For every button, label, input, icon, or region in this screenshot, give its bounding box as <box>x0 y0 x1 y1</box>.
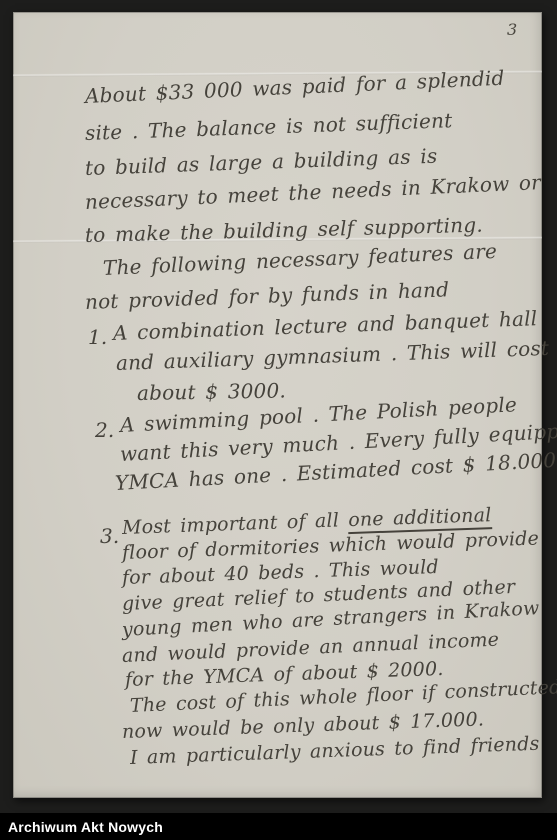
handwritten-line: not provided for by funds in hand <box>85 279 450 312</box>
archive-name: Archiwum Akt Nowych <box>0 819 163 835</box>
list-item-number: 2. <box>95 420 114 440</box>
viewer-background: 3 About $33 000 was paid for a splendid … <box>0 0 557 840</box>
list-item-number: 1. <box>88 327 107 347</box>
handwritten-line: to build as large a building as is <box>85 146 438 178</box>
list-item-number: 3. <box>100 526 119 546</box>
document-page: 3 About $33 000 was paid for a splendid … <box>13 12 542 798</box>
archive-footer-bar: Archiwum Akt Nowych <box>0 813 557 840</box>
handwritten-line: about $ 3000. <box>137 380 286 403</box>
handwritten-line: to make the building self supporting. <box>85 215 483 245</box>
handwritten-line: site . The balance is not sufficient <box>85 110 453 143</box>
handwritten-line: and auxiliary gymnasium . This will cost <box>116 338 550 373</box>
page-number: 3 <box>507 20 517 39</box>
handwritten-line: necessary to meet the needs in Krakow or <box>85 172 542 212</box>
handwritten-line: The following necessary features are <box>103 241 498 278</box>
